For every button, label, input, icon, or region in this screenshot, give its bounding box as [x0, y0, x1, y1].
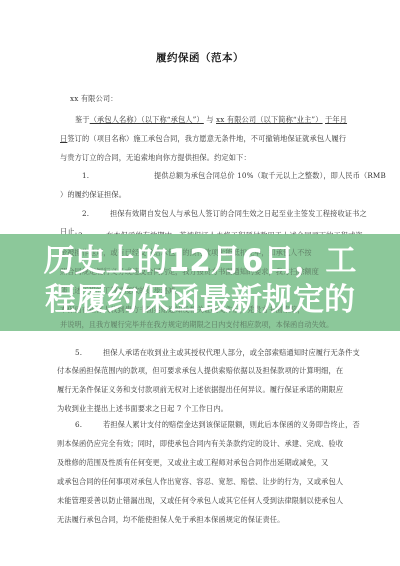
clause-6-line-5: 未能管理妥善以防止错漏出现，又或任何令承包人或其它任何人受到法律限制以使承包人	[57, 496, 343, 506]
intro-mid: 与	[206, 115, 213, 124]
headline-line-1: 历史上的12月6日，工	[0, 242, 400, 281]
clause-number: 2.	[82, 209, 110, 219]
clause-text: 提供总额为承包合同总价 10%（取千元以上之整数），即人民币（RMB	[154, 171, 386, 180]
date-field: 于年月	[325, 115, 347, 124]
clause-6-line-4: 或承包合同的任何事项对承包人作出宽容、容忍、宽恕、赔偿、让步的行为，又或承包人	[57, 477, 343, 487]
intro-prefix: 鉴于	[75, 115, 90, 124]
intro-line-2: 日签订的（项目名称）施工承包合同，我方愿意无条件地，不可撤销地保证就承包人履行	[60, 134, 346, 144]
clause-text: 担保人承诺在收到业主或其授权代理人部分，或全部索赔通知时应履行无条件支	[103, 348, 360, 357]
clause-number: 5.	[75, 348, 103, 358]
clause-number: 1.	[82, 171, 154, 181]
addressee: xx 有限公司：	[70, 94, 118, 104]
clause-text: 若担保人累计支付的赔偿金达到该保证限额，则此后本保函的义务即告终止，否	[103, 420, 360, 429]
clause-6-line-3: 及维修的范围及性质有任何变更，又或业主或工程师对承包合同作出延期或减免，又	[57, 458, 329, 468]
headline-banner: 金被挪作他用，或有已经支付给承包人的预付款项未能抵扣完毕，如承包人不按 照合同规…	[0, 234, 400, 331]
clause-5-line-2: 付本保函担保范围内的款项，但可要求承包人提供索赔依据以及担保款项的计算明细，在	[57, 366, 343, 376]
document-title: 履约保函（范本）	[0, 50, 400, 65]
headline-line-2: 程履约保函最新规定的	[0, 281, 400, 320]
clause-5-line-4: 为收到业主提出上述书面要求之日起 7 个工作日内。	[57, 404, 228, 414]
clause-6-line-6: 无法履行承包合同，均不能使担保人免于承担本保函规定的保证责任。	[57, 515, 284, 525]
employer-name-field: xx 有限公司（以下简称“业主”）	[216, 115, 323, 124]
clause-6: 6.若担保人累计支付的赔偿金达到该保证限额，则此后本保函的义务即告终止，否	[75, 420, 360, 430]
clause-5-line-3: 履行无条件保证义务和支付款项前无权对上述依据提出任何异议。履行保证承诺的期限应	[57, 385, 343, 395]
clause-5: 5.担保人承诺在收到业主或其授权代理人部分，或全部索赔通知时应履行无条件支	[75, 348, 360, 358]
clause-2: 2.担保有效期自发包人与承包人签订的合同生效之日起至业主签发工程接收证书之	[82, 209, 367, 219]
headline-text: 历史上的12月6日，工 程履约保函最新规定的	[0, 234, 400, 331]
contractor-name-field: （承包人名称）（以下称“承包人”）	[90, 115, 204, 124]
clause-1-cont: ）的履约保证担保。	[60, 190, 126, 200]
intro-text: 签订的（项目名称）施工承包合同，我方愿意无条件地，不可撤销地保证就承包人履行	[67, 134, 346, 143]
clause-1: 1.提供总额为承包合同总价 10%（取千元以上之整数），即人民币（RMB	[82, 171, 386, 181]
intro-line-1: 鉴于（承包人名称）（以下称“承包人”） 与 xx 有限公司（以下简称“业主”） …	[75, 115, 347, 125]
clause-text: 担保有效期自发包人与承包人签订的合同生效之日起至业主签发工程接收证书之	[110, 209, 367, 218]
clause-number: 6.	[75, 420, 103, 430]
intro-line-3: 与贵方订立的合同，无追索地向你方提供担保。约定如下：	[60, 153, 251, 163]
clause-6-line-2: 则本保函仍应完全有效；同时，即使承包合同内有关条款约定的设计、承建、完成、验收	[57, 439, 343, 449]
